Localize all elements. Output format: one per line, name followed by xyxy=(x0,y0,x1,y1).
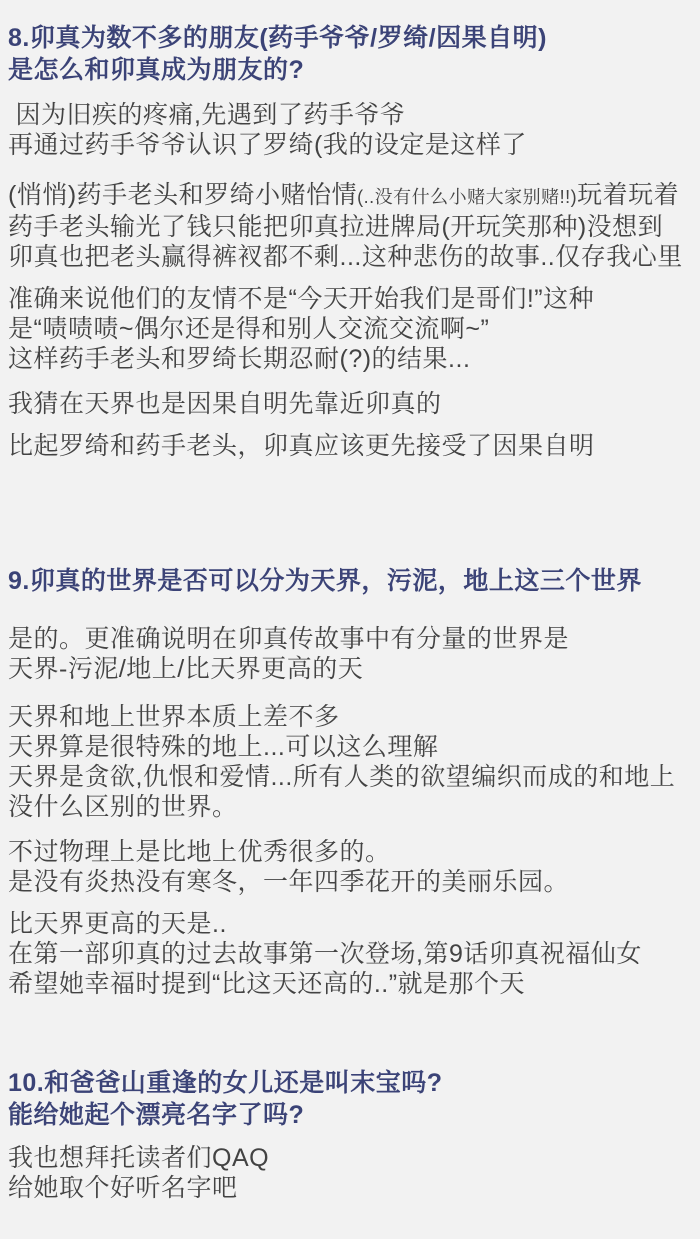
answer-paragraph: 天界和地上世界本质上差不多 天界算是很特殊的地上...可以这么理解 天界是贪欲,… xyxy=(8,702,690,822)
answer-line: 天界-污泥/地上/比天界更高的天 xyxy=(8,654,690,684)
answer-line: 准确来说他们的友情不是“今天开始我们是哥们!”这种 xyxy=(8,284,690,314)
answer-line: 天界和地上世界本质上差不多 xyxy=(8,702,690,732)
answer-text: 再通过药手爷爷认识了罗绮(我的设定是这样了 xyxy=(8,131,527,159)
answer-line: 我也想拜托读者们QAQ xyxy=(8,1143,690,1173)
answer-paragraph: 不过物理上是比地上优秀很多的。 是没有炎热没有寒冬，一年四季花开的美丽乐园。 xyxy=(8,837,690,897)
qa-document-page: 8.卯真为数不多的朋友(药手爷爷/罗绮/因果自明) 是怎么和卯真成为朋友的? 因… xyxy=(0,0,700,1239)
answer-paragraph: 我猜在天界也是因果自明先靠近卯真的 xyxy=(8,389,690,419)
answer-line: 不过物理上是比地上优秀很多的。 xyxy=(8,837,690,867)
qa-section-8: 8.卯真为数不多的朋友(药手爷爷/罗绮/因果自明) 是怎么和卯真成为朋友的? 因… xyxy=(8,22,690,461)
answer-line: 再通过药手爷爷认识了罗绮(我的设定是这样了 xyxy=(8,130,690,160)
qa-section-10: 10.和爸爸山重逢的女儿还是叫末宝吗? 能给她起个漂亮名字了吗? 我也想拜托读者… xyxy=(8,1067,690,1203)
answer-line: 希望她幸福时提到“比这天还高的..”就是那个天 xyxy=(8,969,690,999)
answer-line: 是的。更准确说明在卯真传故事中有分量的世界是 xyxy=(8,624,690,654)
question-line: 能给她起个漂亮名字了吗? xyxy=(8,1099,690,1131)
answer-text: 给她取个好听名字吧 xyxy=(8,1174,238,1202)
answer-text: 因为旧疾的疼痛,先遇到了药手爷爷 xyxy=(8,101,405,129)
answer-line: 比天界更高的天是.. xyxy=(8,909,690,939)
answer-line: 给她取个好听名字吧 xyxy=(8,1173,690,1203)
answer-text: 不过物理上是比地上优秀很多的。 xyxy=(8,838,391,866)
answer-line: 在第一部卯真的过去故事第一次登场,第9话卯真祝福仙女 xyxy=(8,939,690,969)
question-line: 8.卯真为数不多的朋友(药手爷爷/罗绮/因果自明) xyxy=(8,22,690,54)
answer-line: 这样药手老头和罗绮长期忍耐(?)的结果... xyxy=(8,344,690,374)
answer-paragraph: 我也想拜托读者们QAQ 给她取个好听名字吧 xyxy=(8,1143,690,1203)
question-line: 10.和爸爸山重逢的女儿还是叫末宝吗? xyxy=(8,1067,690,1099)
answer-line: 是没有炎热没有寒冬，一年四季花开的美丽乐园。 xyxy=(8,867,690,897)
answer-text: 没什么区别的世界。 xyxy=(8,793,238,821)
answer-line: 没什么区别的世界。 xyxy=(8,792,690,822)
answer-text: 药手老头输光了钱只能把卯真拉进牌局(开玩笑那种)没想到 xyxy=(8,213,663,241)
answer-text: (悄悄)药手老头和罗绮小赌怡情 xyxy=(8,181,357,209)
answer-text: 比起罗绮和药手老头，卯真应该更先接受了因果自明 xyxy=(8,432,595,460)
answer-text: 天界算是很特殊的地上...可以这么理解 xyxy=(8,733,438,761)
question-line: 是怎么和卯真成为朋友的? xyxy=(8,54,690,86)
question-line: 9.卯真的世界是否可以分为天界，污泥，地上这三个世界 xyxy=(8,565,690,597)
answer-line: 天界是贪欲,仇恨和爱情...所有人类的欲望编织而成的和地上 xyxy=(8,762,690,792)
answer-paragraph: (悄悄)药手老头和罗绮小赌怡情(..没有什么小赌大家别赌!!)玩着玩着 药手老头… xyxy=(8,180,690,272)
answer-text: 我也想拜托读者们QAQ xyxy=(8,1144,269,1172)
answer-line: (悄悄)药手老头和罗绮小赌怡情(..没有什么小赌大家别赌!!)玩着玩着 xyxy=(8,180,690,212)
answer-text: 天界-污泥/地上/比天界更高的天 xyxy=(8,655,363,683)
qa-section-9: 9.卯真的世界是否可以分为天界，污泥，地上这三个世界 是的。更准确说明在卯真传故… xyxy=(8,565,690,999)
answer-line: 我猜在天界也是因果自明先靠近卯真的 xyxy=(8,389,690,419)
answer-paragraph: 因为旧疾的疼痛,先遇到了药手爷爷 再通过药手爷爷认识了罗绮(我的设定是这样了 xyxy=(8,100,690,160)
answer-line: 因为旧疾的疼痛,先遇到了药手爷爷 xyxy=(8,100,690,130)
answer-line: 卯真也把老头赢得裤衩都不剩...这种悲伤的故事..仅存我心里 xyxy=(8,242,690,272)
answer-text: 准确来说他们的友情不是“今天开始我们是哥们!”这种 xyxy=(8,285,594,313)
answer-text: 在第一部卯真的过去故事第一次登场,第9话卯真祝福仙女 xyxy=(8,940,642,968)
answer-paragraph: 比起罗绮和药手老头，卯真应该更先接受了因果自明 xyxy=(8,431,690,461)
answer-text: 是“啧啧啧~偶尔还是得和别人交流交流啊~” xyxy=(8,315,489,343)
answer-line: 天界算是很特殊的地上...可以这么理解 xyxy=(8,732,690,762)
answer-text: 比天界更高的天是.. xyxy=(8,910,227,938)
answer-text-small: (..没有什么小赌大家别赌!!) xyxy=(357,187,577,207)
answer-text: 希望她幸福时提到“比这天还高的..”就是那个天 xyxy=(8,970,525,998)
answer-text: 这样药手老头和罗绮长期忍耐(?)的结果... xyxy=(8,345,470,373)
answer-text: 玩着玩着 xyxy=(577,181,679,209)
question-10-title: 10.和爸爸山重逢的女儿还是叫末宝吗? 能给她起个漂亮名字了吗? xyxy=(8,1067,690,1131)
answer-paragraph: 准确来说他们的友情不是“今天开始我们是哥们!”这种 是“啧啧啧~偶尔还是得和别人… xyxy=(8,284,690,374)
answer-line: 药手老头输光了钱只能把卯真拉进牌局(开玩笑那种)没想到 xyxy=(8,212,690,242)
answer-line: 是“啧啧啧~偶尔还是得和别人交流交流啊~” xyxy=(8,314,690,344)
answer-text: 我猜在天界也是因果自明先靠近卯真的 xyxy=(8,390,442,418)
question-8-title: 8.卯真为数不多的朋友(药手爷爷/罗绮/因果自明) 是怎么和卯真成为朋友的? xyxy=(8,22,690,86)
answer-paragraph: 比天界更高的天是.. 在第一部卯真的过去故事第一次登场,第9话卯真祝福仙女 希望… xyxy=(8,909,690,999)
answer-text: 天界和地上世界本质上差不多 xyxy=(8,703,340,731)
answer-paragraph: 是的。更准确说明在卯真传故事中有分量的世界是 天界-污泥/地上/比天界更高的天 xyxy=(8,624,690,684)
answer-text: 卯真也把老头赢得裤衩都不剩...这种悲伤的故事..仅存我心里 xyxy=(8,243,683,271)
answer-text: 天界是贪欲,仇恨和爱情...所有人类的欲望编织而成的和地上 xyxy=(8,763,675,791)
answer-text: 是的。更准确说明在卯真传故事中有分量的世界是 xyxy=(8,625,569,653)
answer-text: 是没有炎热没有寒冬，一年四季花开的美丽乐园。 xyxy=(8,868,569,896)
question-9-title: 9.卯真的世界是否可以分为天界，污泥，地上这三个世界 xyxy=(8,565,690,597)
answer-line: 比起罗绮和药手老头，卯真应该更先接受了因果自明 xyxy=(8,431,690,461)
